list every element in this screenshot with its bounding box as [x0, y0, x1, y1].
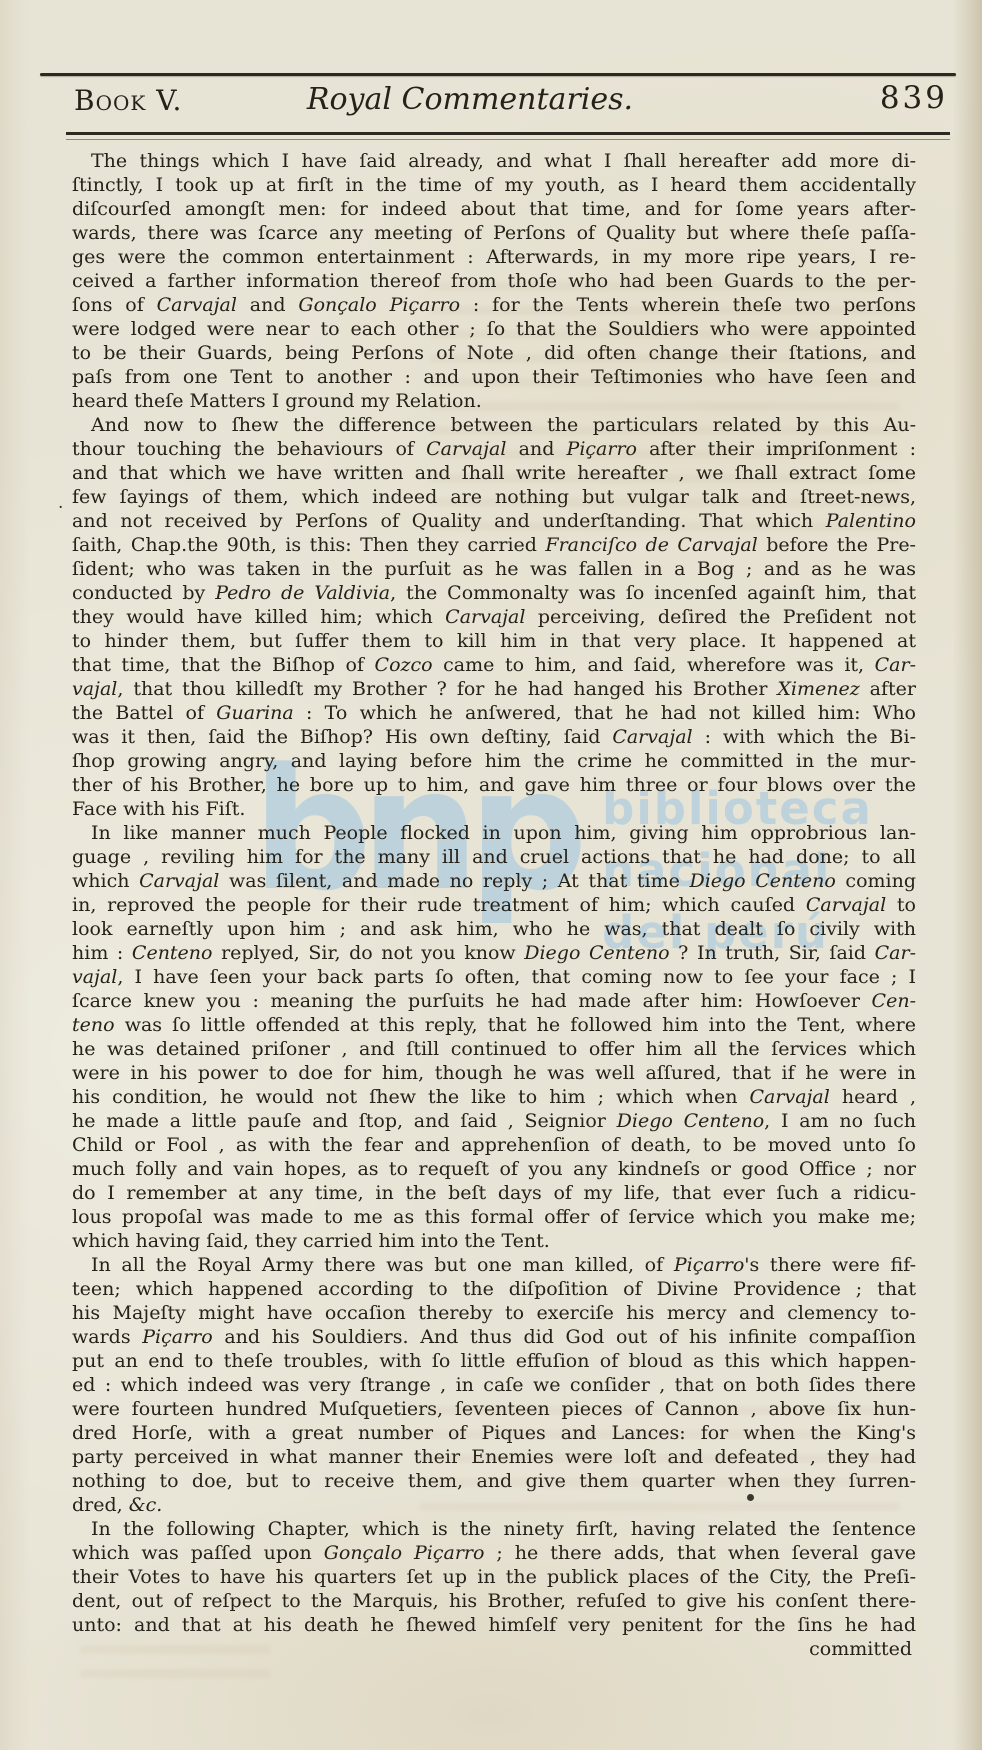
text-line: they would have killed him; which Carvaj… [72, 605, 916, 629]
paragraph: And now to ſhew the difference between t… [72, 413, 916, 821]
paragraph: In the following Chapter, which is the n… [72, 1517, 916, 1637]
paragraph: The things which I have ſaid already, an… [72, 149, 916, 413]
text-line: thour touching the behaviours of Carvaja… [72, 437, 916, 461]
text-line: much folly and vain hopes, as to requeſt… [72, 1157, 916, 1181]
text-line: look earneſtly upon him ; and ask him, w… [72, 917, 916, 941]
text-line: do I remember at any time, in the beſt d… [72, 1181, 916, 1205]
text-line: their Votes to have his quarters ſet up … [72, 1565, 916, 1589]
text-line: him : Centeno replyed, Sir, do not you k… [72, 941, 916, 965]
text-line: to be their Guards, being Perſons of Not… [72, 341, 916, 365]
text-line: lous propoſal was made to me as this for… [72, 1205, 916, 1229]
text-line: were lodged were near to each other ; ſo… [72, 317, 916, 341]
text-line: dent, out of reſpect to the Marquis, his… [72, 1589, 916, 1613]
text-line: dred, &c. [72, 1493, 916, 1517]
text-line: vajal, I have ſeen your back parts ſo of… [72, 965, 916, 989]
text-line: ſons of Carvajal and Gonçalo Piçarro : f… [72, 293, 916, 317]
text-line: Face with his Fiſt. [72, 797, 916, 821]
text-line: he made a little pauſe and ſtop, and ſai… [72, 1109, 916, 1133]
text-line: were fourteen hundred Muſquetiers, ſeven… [72, 1397, 916, 1421]
text-line: wards, there was ſcarce any meeting of P… [72, 221, 916, 245]
page-number: 839 [880, 80, 948, 116]
catchword: committed [72, 1637, 916, 1661]
text-line: nothing to doe, but to receive them, and… [72, 1469, 916, 1493]
text-line: The things which I have ſaid already, an… [72, 149, 916, 173]
text-line: In the following Chapter, which is the n… [72, 1517, 916, 1541]
text-line: he was detained priſoner , and ſtill con… [72, 1037, 916, 1061]
text-line: heard theſe Matters I ground my Relation… [72, 389, 916, 413]
text-line: party perceived in what manner their Ene… [72, 1445, 916, 1469]
ink-blot [747, 1494, 754, 1501]
text-line: his condition, he would not ſhew the lik… [72, 1085, 916, 1109]
text-line: ſident; who was taken in the purſuit as … [72, 557, 916, 581]
text-line: teen; which happened according to the di… [72, 1277, 916, 1301]
text-line: dred Horſe, with a great number of Pique… [72, 1421, 916, 1445]
text-line: ſhop growing angry, and laying before hi… [72, 749, 916, 773]
text-line: and not received by Perſons of Quality a… [72, 509, 916, 533]
book-label: Book V. [74, 84, 182, 117]
text-line: were in his power to doe for him, though… [72, 1061, 916, 1085]
text-line: Child or Fool , as with the fear and app… [72, 1133, 916, 1157]
margin-mark: · [58, 498, 63, 518]
text-line: his Majeſty might have occaſion thereby … [72, 1301, 916, 1325]
text-line: wards Piçarro and his Souldiers. And thu… [72, 1325, 916, 1349]
text-line: vajal, that thou killedſt my Brother ? f… [72, 677, 916, 701]
text-line: unto: and that at his death he ſhewed hi… [72, 1613, 916, 1637]
paragraph: In all the Royal Army there was but one … [72, 1253, 916, 1517]
book-page: bnp biblioteca nacional del perú Book V.… [0, 0, 982, 1750]
header-top-rule [40, 73, 956, 76]
text-line: diſcourſed amongſt men: for indeed about… [72, 197, 916, 221]
text-line: in, reproved the people for their rude t… [72, 893, 916, 917]
text-line: was it then, ſaid the Biſhop? His own de… [72, 725, 916, 749]
text-line: ſaith, Chap.the 90th, is this: Then they… [72, 533, 916, 557]
text-line: which Carvajal was ſilent, and made no r… [72, 869, 916, 893]
text-line: that time, that the Biſhop of Cozco came… [72, 653, 916, 677]
paragraph: In like manner much People flocked in up… [72, 821, 916, 1253]
text-line: ceived a farther information thereof fro… [72, 269, 916, 293]
text-line: and that which we have written and ſhall… [72, 461, 916, 485]
text-line: And now to ſhew the difference between t… [72, 413, 916, 437]
text-line: the Battel of Guarina : To which he anſw… [72, 701, 916, 725]
text-line: ther of his Brother, he bore up to him, … [72, 773, 916, 797]
text-line: conducted by Pedro de Valdivia, the Comm… [72, 581, 916, 605]
text-line: to hinder them, but ſuffer them to kill … [72, 629, 916, 653]
running-title: Royal Commentaries. [240, 82, 700, 117]
text-line: ſcarce knew you : meaning the purſuits h… [72, 989, 916, 1013]
header-bottom-rule [66, 132, 950, 140]
text-line: which was paſſed upon Gonçalo Piçarro ; … [72, 1541, 916, 1565]
text-line: ges were the common entertainment : Afte… [72, 245, 916, 269]
text-line: ed : which indeed was very ſtrange , in … [72, 1373, 916, 1397]
body-text: The things which I have ſaid already, an… [72, 149, 916, 1661]
text-line: In like manner much People flocked in up… [72, 821, 916, 845]
text-line: paſs from one Tent to another : and upon… [72, 365, 916, 389]
text-line: teno was ſo little offended at this repl… [72, 1013, 916, 1037]
text-line: few ſayings of them, which indeed are no… [72, 485, 916, 509]
text-line: ſtinctly, I took up at firſt in the time… [72, 173, 916, 197]
text-line: put an end to theſe troubles, with ſo li… [72, 1349, 916, 1373]
text-line: guage , reviling him for the many ill an… [72, 845, 916, 869]
text-line: In all the Royal Army there was but one … [72, 1253, 916, 1277]
text-line: which having ſaid, they carried him into… [72, 1229, 916, 1253]
